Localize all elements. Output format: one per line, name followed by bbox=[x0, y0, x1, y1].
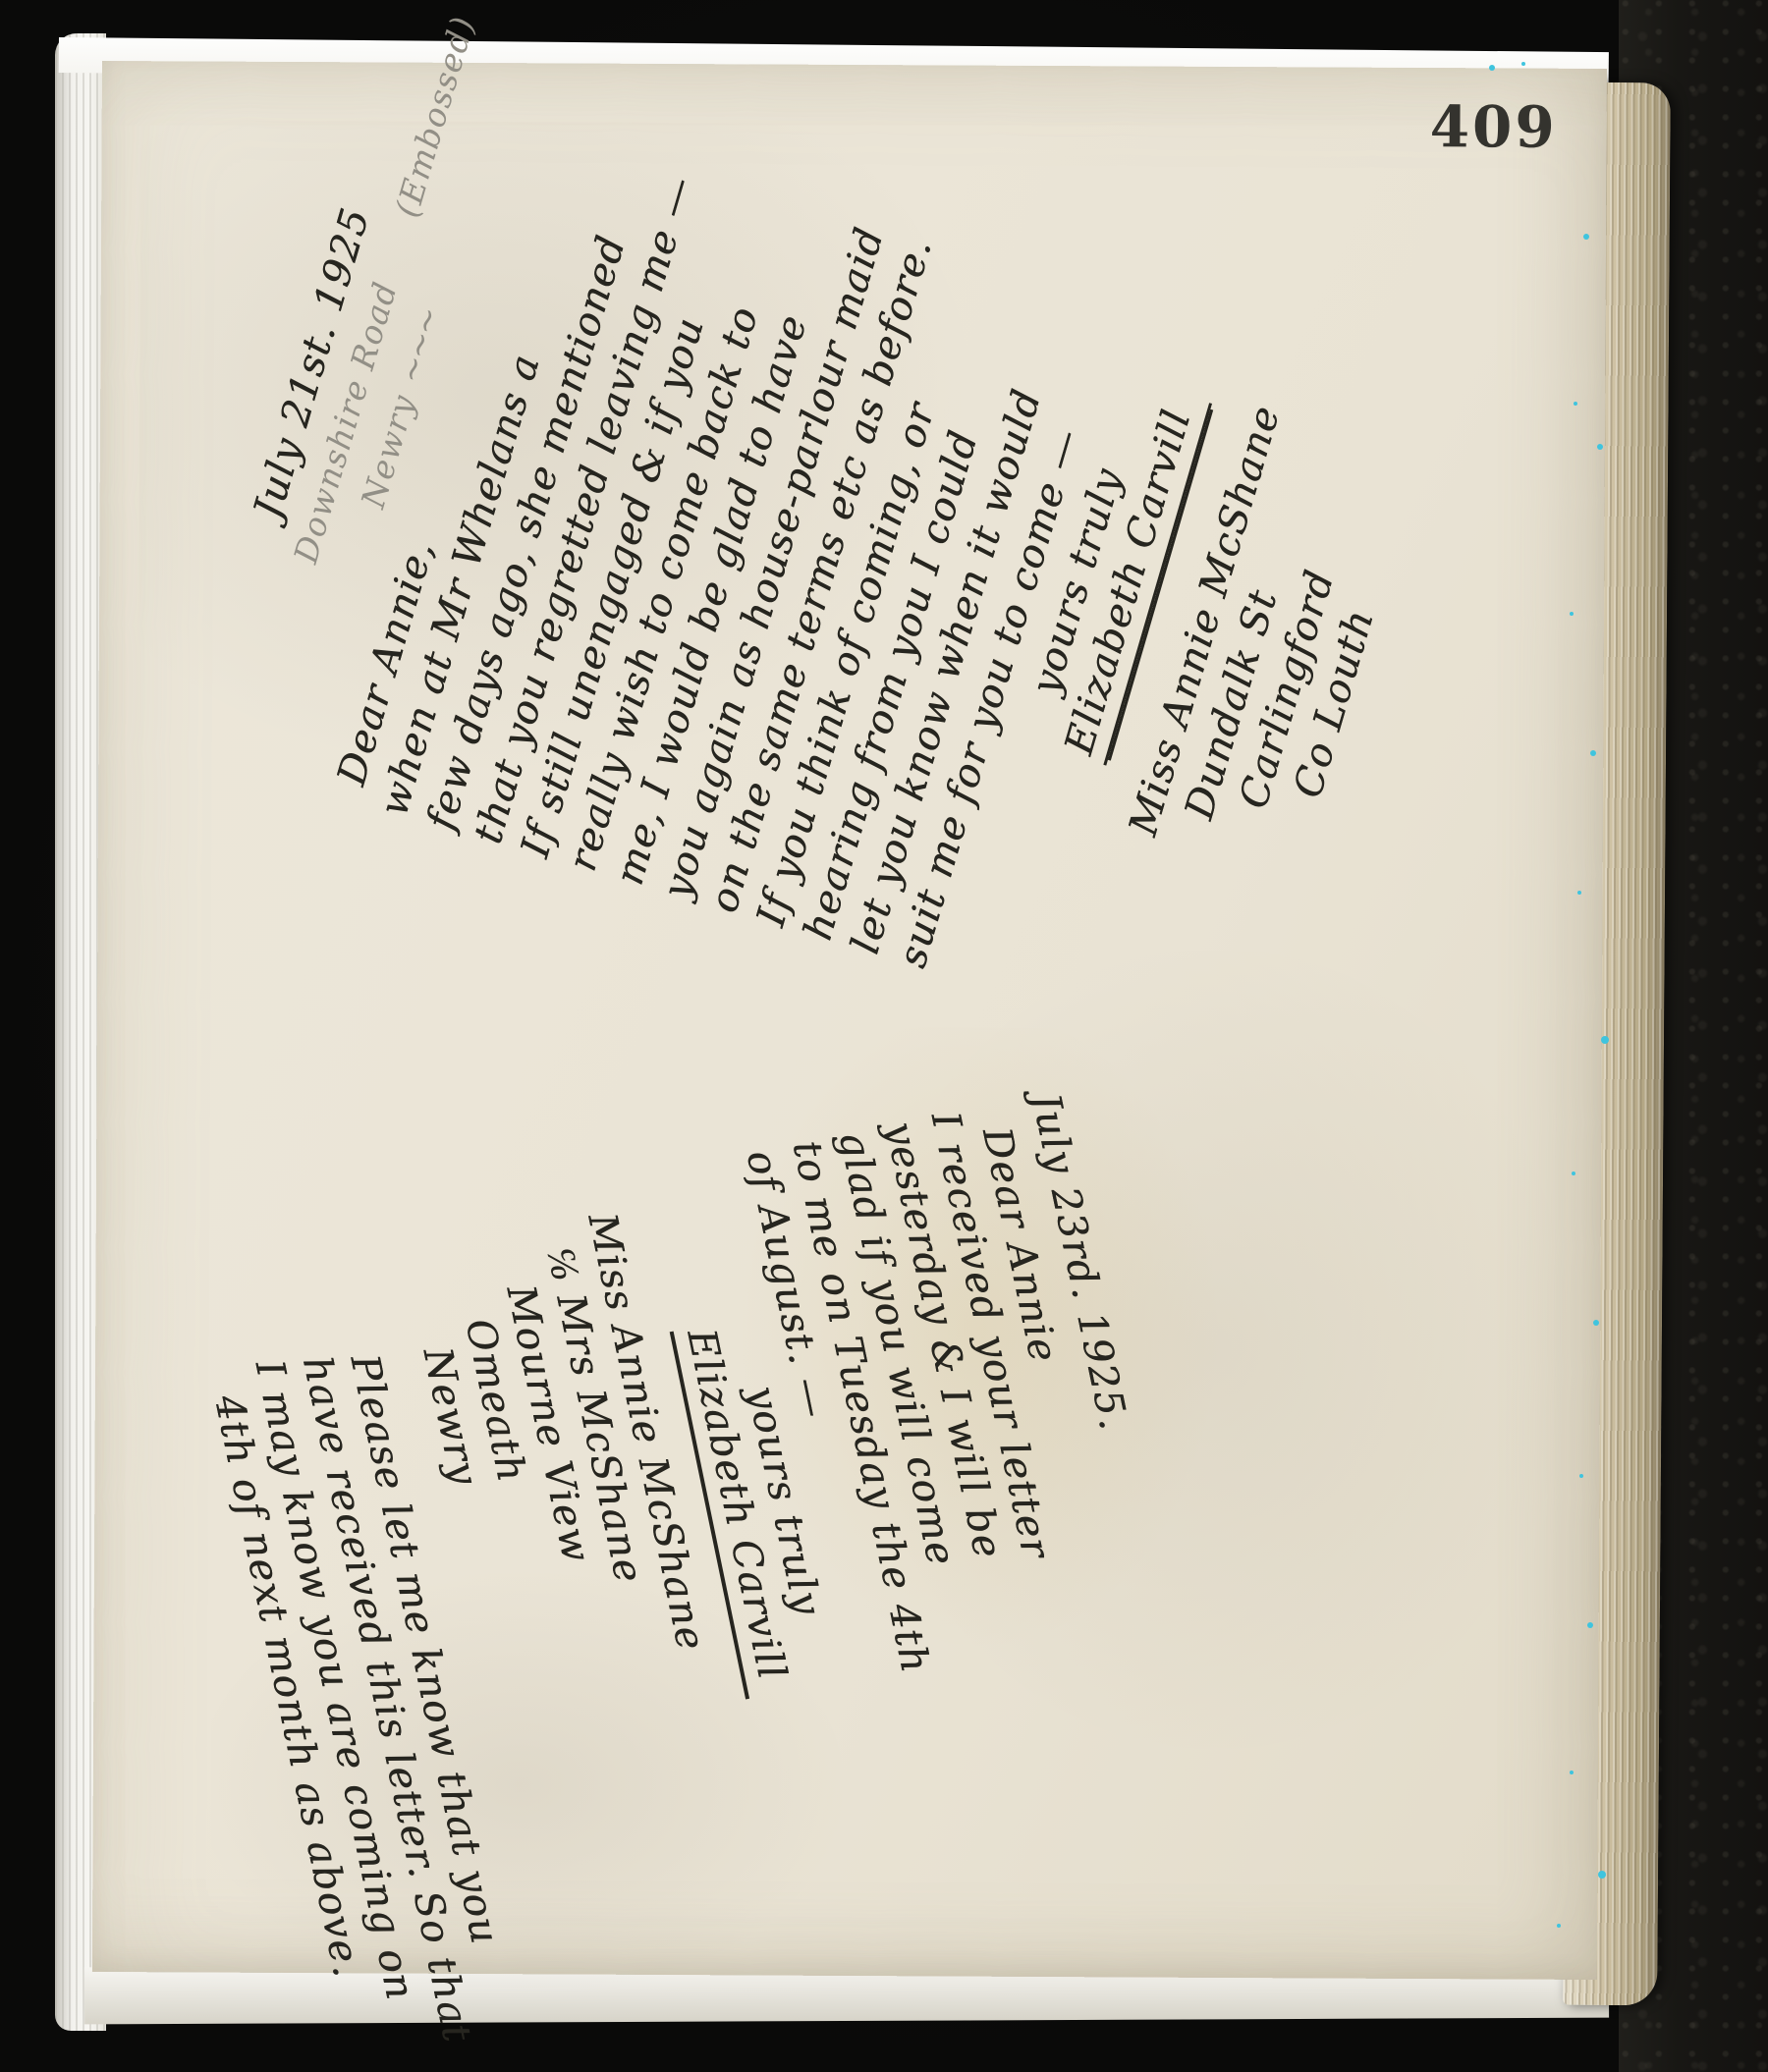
letter-july-23: July 23rd. 1925. Dear Annie I received y… bbox=[178, 1087, 1215, 1983]
manuscript-page: 409 July 21st. 1925 Downshire Road(Embos… bbox=[92, 61, 1607, 1980]
photo-background: 409 July 21st. 1925 Downshire Road(Embos… bbox=[0, 0, 1768, 2072]
letter-july-21: July 21st. 1925 Downshire Road(Embossed)… bbox=[173, 34, 1463, 1066]
teal-speck-marks bbox=[0, 0, 6, 6]
page-number: 409 bbox=[1429, 93, 1557, 161]
letter1-recipient-address: Miss Annie McShaneDundalk StCarlingfordC… bbox=[1119, 295, 1464, 882]
letter1-body: when at Mr Whelans afew days ago, she me… bbox=[369, 91, 1144, 973]
